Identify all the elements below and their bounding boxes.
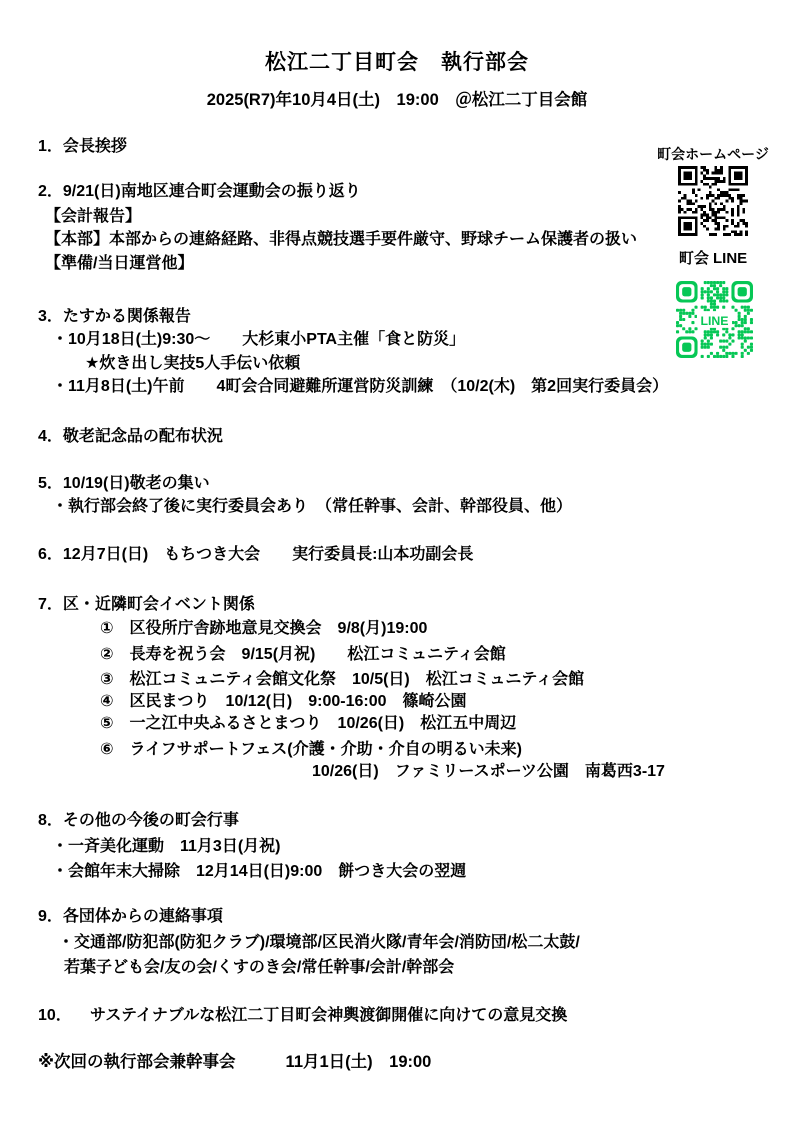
agenda-item-6-text: 12月7日(日) もちつき大会 実行委員長:山本功副会長 [63,546,474,563]
agenda-item-7-event-2: ② 長寿を祝う会 9/15(月祝) 松江コミュニティ会館 [100,645,506,664]
agenda-item-6-number: 6． [38,545,63,564]
agenda-item-7-event-6: ⑥ ライフサポートフェス(介護・介助・介自の明るい未来) [100,740,522,759]
agenda-item-5-text: 10/19(日)敬老の集い [63,475,210,492]
agenda-item-8-sub-1: ・一斉美化運動 11月3日(月祝) [52,837,280,856]
meeting-datetime: 2025(R7)年10月4日(土) 19:00 ＠松江二丁目会館 [0,86,794,110]
agenda-item-8-text: その他の今後の町会行事 [63,812,239,829]
agenda-item-3-sub-3: ・11月8日(土)午前 4町会合同避難所運営防災訓練 （10/2(木) 第2回実… [52,377,668,396]
next-meeting-label: ※次回の執行部会兼幹事会 [38,1053,236,1071]
agenda-item-7-event-5: ⑤ 一之江中央ふるさとまつり 10/26(日) 松江五中周辺 [100,714,516,733]
agenda-item-3-number: 3． [38,307,63,326]
agenda-item-1: 1．会長挨拶 [38,137,127,156]
agenda-item-8-number: 8． [38,811,63,830]
agenda-item-5: 5．10/19(日)敬老の集い [38,474,210,493]
homepage-qr-label: 町会ホームページ [645,144,781,164]
agenda-item-7-event-3: ③ 松江コミュニティ会館文化祭 10/5(日) 松江コミュニティ会館 [100,670,584,689]
agenda-item-3: 3．たすかる関係報告 [38,307,191,326]
agenda-item-5-number: 5． [38,474,63,493]
svg-text:LINE: LINE [700,314,728,328]
agenda-item-7: 7．区・近隣町会イベント関係 [38,595,255,614]
agenda-item-9: 9．各団体からの連絡事項 [38,907,223,926]
agenda-item-2-number: 2． [38,182,63,201]
agenda-item-3-sub-2: ★炊き出し実技5人手伝い依頼 [85,354,300,373]
document-page: 松江二丁目町会 執行部会 2025(R7)年10月4日(土) 19:00 ＠松江… [0,0,794,1123]
agenda-item-2-sub-2: 【本部】本部からの連絡経路、非得点競技選手要件厳守、野球チーム保護者の扱い [45,230,637,249]
agenda-item-4: 4．敬老記念品の配布状況 [38,427,223,446]
agenda-item-10: 10．サステイナブルな松江二丁目町会神輿渡御開催に向けての意見交換 [38,1006,567,1025]
agenda-item-3-sub-1: ・10月18日(土)9:30～ 大杉東小PTA主催「食と防災」 [52,330,465,349]
agenda-item-7-text: 区・近隣町会イベント関係 [63,596,255,613]
agenda-item-9-text: 各団体からの連絡事項 [63,908,223,925]
agenda-item-1-number: 1． [38,137,63,156]
agenda-item-7-event-6-detail: 10/26(日) ファミリースポーツ公園 南葛西3-17 [312,762,665,781]
line-qr-label: 町会 LINE [645,249,781,268]
agenda-item-3-text: たすかる関係報告 [63,308,191,325]
agenda-item-9-sub-1: ・交通部/防犯部(防犯クラブ)/環境部/区民消火隊/青年会/消防団/松二太鼓/ [58,933,580,952]
agenda-item-2: 2．9/21(日)南地区連合町会運動会の振り返り [38,182,361,201]
agenda-item-7-event-1: ① 区役所庁舎跡地意見交換会 9/8(月)19:00 [100,619,427,638]
agenda-item-5-sub-1: ・執行部会終了後に実行委員会あり （常任幹事、会計、幹部役員、他） [52,497,572,516]
agenda-item-6: 6．12月7日(日) もちつき大会 実行委員長:山本功副会長 [38,545,473,564]
next-meeting-note: ※次回の執行部会兼幹事会11月1日(土) 19:00 [38,1048,431,1072]
homepage-qr-code [678,166,748,236]
agenda-item-1-text: 会長挨拶 [63,138,127,155]
agenda-item-4-text: 敬老記念品の配布状況 [63,428,223,445]
agenda-item-8-sub-2: ・会館年末大掃除 12月14日(日)9:00 餅つき大会の翌週 [52,862,466,881]
agenda-item-7-event-4: ④ 区民まつり 10/12(日) 9:00-16:00 篠崎公園 [100,692,467,711]
agenda-item-4-number: 4． [38,427,63,446]
agenda-item-10-number: 10． [38,1006,90,1025]
agenda-item-9-sub-2: 若葉子ども会/友の会/くすのき会/常任幹事/会計/幹部会 [64,958,454,977]
next-meeting-datetime: 11月1日(土) 19:00 [286,1053,432,1071]
agenda-item-10-text: サステイナブルな松江二丁目町会神輿渡御開催に向けての意見交換 [90,1007,567,1024]
agenda-item-9-number: 9． [38,907,63,926]
line-qr-code: LINE [676,281,753,358]
agenda-item-7-number: 7． [38,595,63,614]
agenda-item-2-sub-1: 【会計報告】 [45,207,141,226]
agenda-item-2-text: 9/21(日)南地区連合町会運動会の振り返り [63,183,361,200]
agenda-item-2-sub-3: 【準備/当日運営他】 [45,254,193,273]
agenda-item-8: 8．その他の今後の町会行事 [38,811,239,830]
page-title: 松江二丁目町会 執行部会 [0,46,794,76]
